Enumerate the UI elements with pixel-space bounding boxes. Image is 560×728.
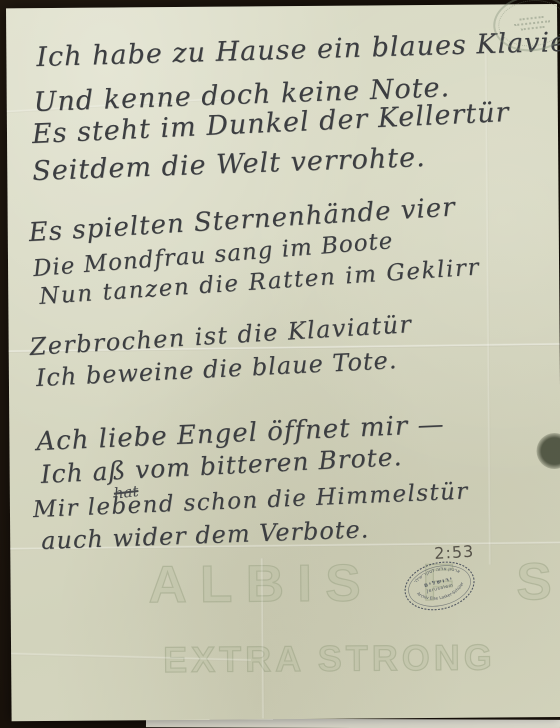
crossed-out-word: hat (113, 482, 140, 503)
archive-stamp-graphic: ארכיון אלזה לסקר־שילר ירושלים Jerusalem … (398, 553, 482, 619)
fold-crease (260, 558, 264, 718)
paper-watermark-brand: ALBIS F S (148, 552, 560, 615)
fold-crease (11, 652, 251, 661)
archive-stamp: ארכיון אלזה לסקר־שילר ירושלים Jerusalem … (398, 553, 482, 619)
ink-stain (536, 433, 560, 469)
poem-line-13: auch wider dem Verbote. (41, 515, 370, 555)
manuscript-page: ALBIS F S EXTRA STRONG Ich habe zu Hause… (6, 4, 560, 721)
poem-line-4: Seitdem die Welt verrohte. (32, 142, 426, 187)
photo-backing: ALBIS F S EXTRA STRONG Ich habe zu Hause… (0, 0, 560, 728)
embossed-stamp-ring (496, 0, 560, 50)
poem-line-1: Ich habe zu Hause ein blaues Klavier (36, 26, 560, 73)
paper-watermark-extra-strong: EXTRA STRONG (163, 637, 496, 682)
